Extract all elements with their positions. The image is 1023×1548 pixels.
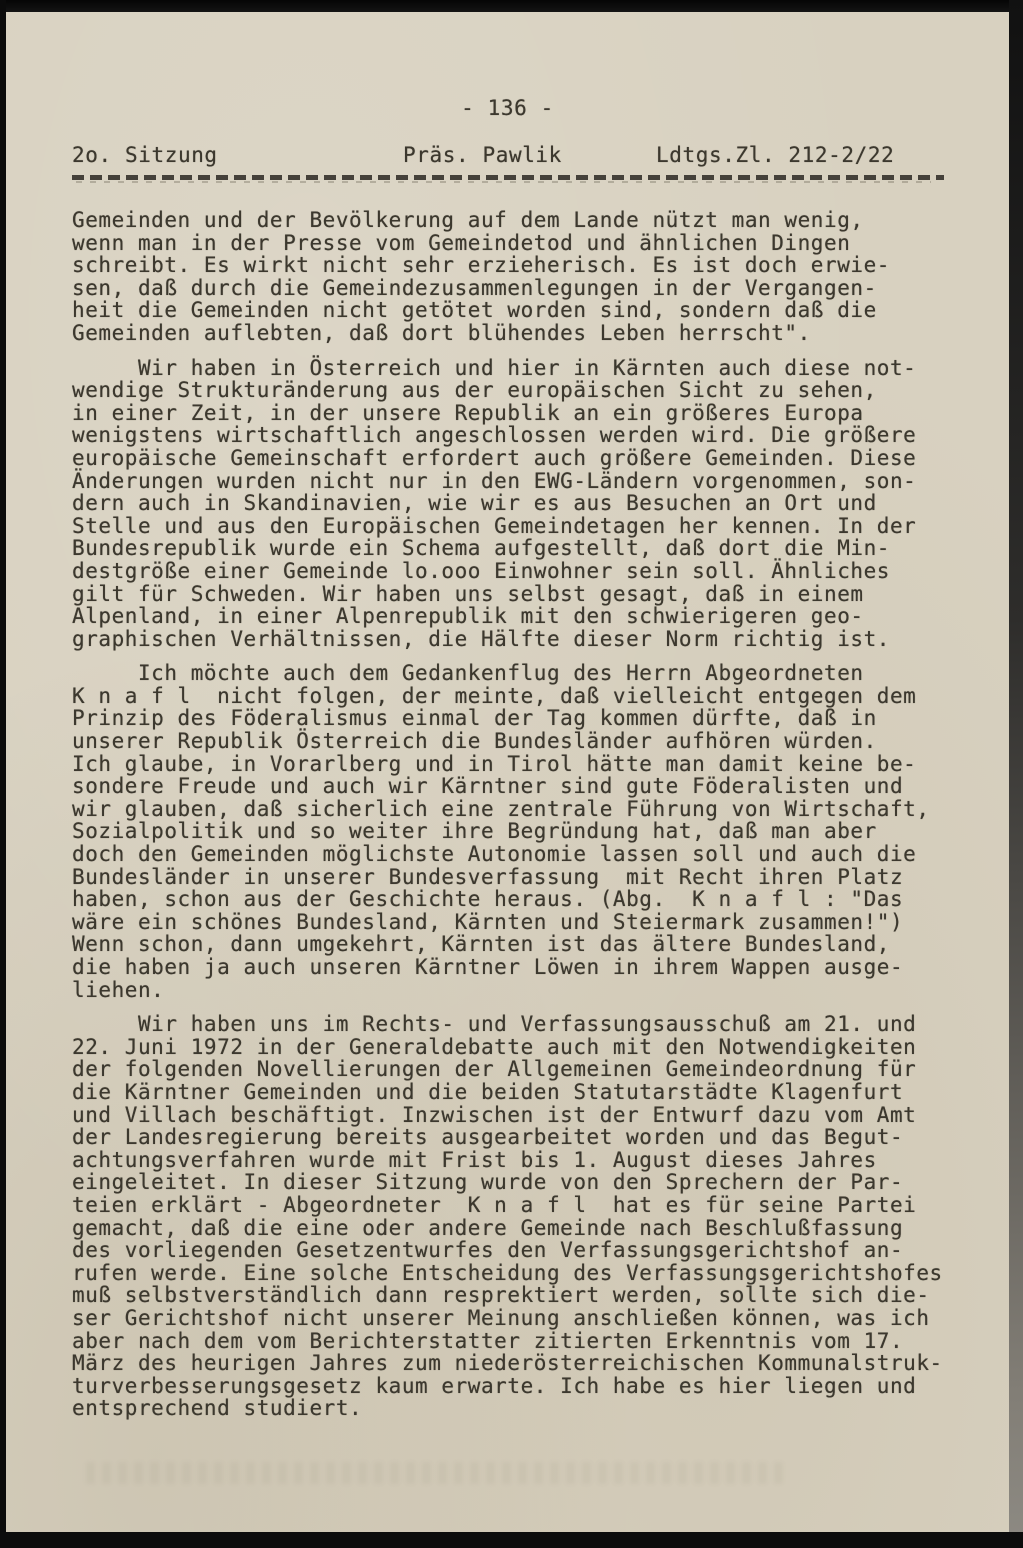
paragraph: Wir haben in Österreich und hier in Kärn… xyxy=(72,357,962,651)
scan-edge-right xyxy=(1009,0,1023,1548)
paragraph: Gemeinden und der Bevölkerung auf dem La… xyxy=(72,209,962,345)
page-header: 2o. Sitzung Präs. Pawlik Ldtgs.Zl. 212-2… xyxy=(6,143,1009,167)
page-number: - 136 - xyxy=(6,96,1009,120)
paragraph: Wir haben uns im Rechts- und Verfassungs… xyxy=(72,1013,962,1420)
scan-edge-top xyxy=(0,0,1023,12)
scan-edge-bottom xyxy=(0,1532,1023,1548)
president-label: Präs. Pawlik xyxy=(403,143,562,167)
speech-transcript: Gemeinden und der Bevölkerung auf dem La… xyxy=(72,209,962,1432)
paper-sheet: - 136 - 2o. Sitzung Präs. Pawlik Ldtgs.Z… xyxy=(6,12,1009,1532)
scanned-document: - 136 - 2o. Sitzung Präs. Pawlik Ldtgs.Z… xyxy=(0,0,1023,1548)
session-label: 2o. Sitzung xyxy=(72,143,218,167)
paragraph: Ich möchte auch dem Gedankenflug des Her… xyxy=(72,662,962,1001)
scan-edge-left xyxy=(0,0,6,1548)
document-reference: Ldtgs.Zl. 212-2/22 xyxy=(656,143,894,167)
header-divider-rule xyxy=(72,175,944,180)
ink-bleedthrough-smudge xyxy=(86,1462,786,1484)
